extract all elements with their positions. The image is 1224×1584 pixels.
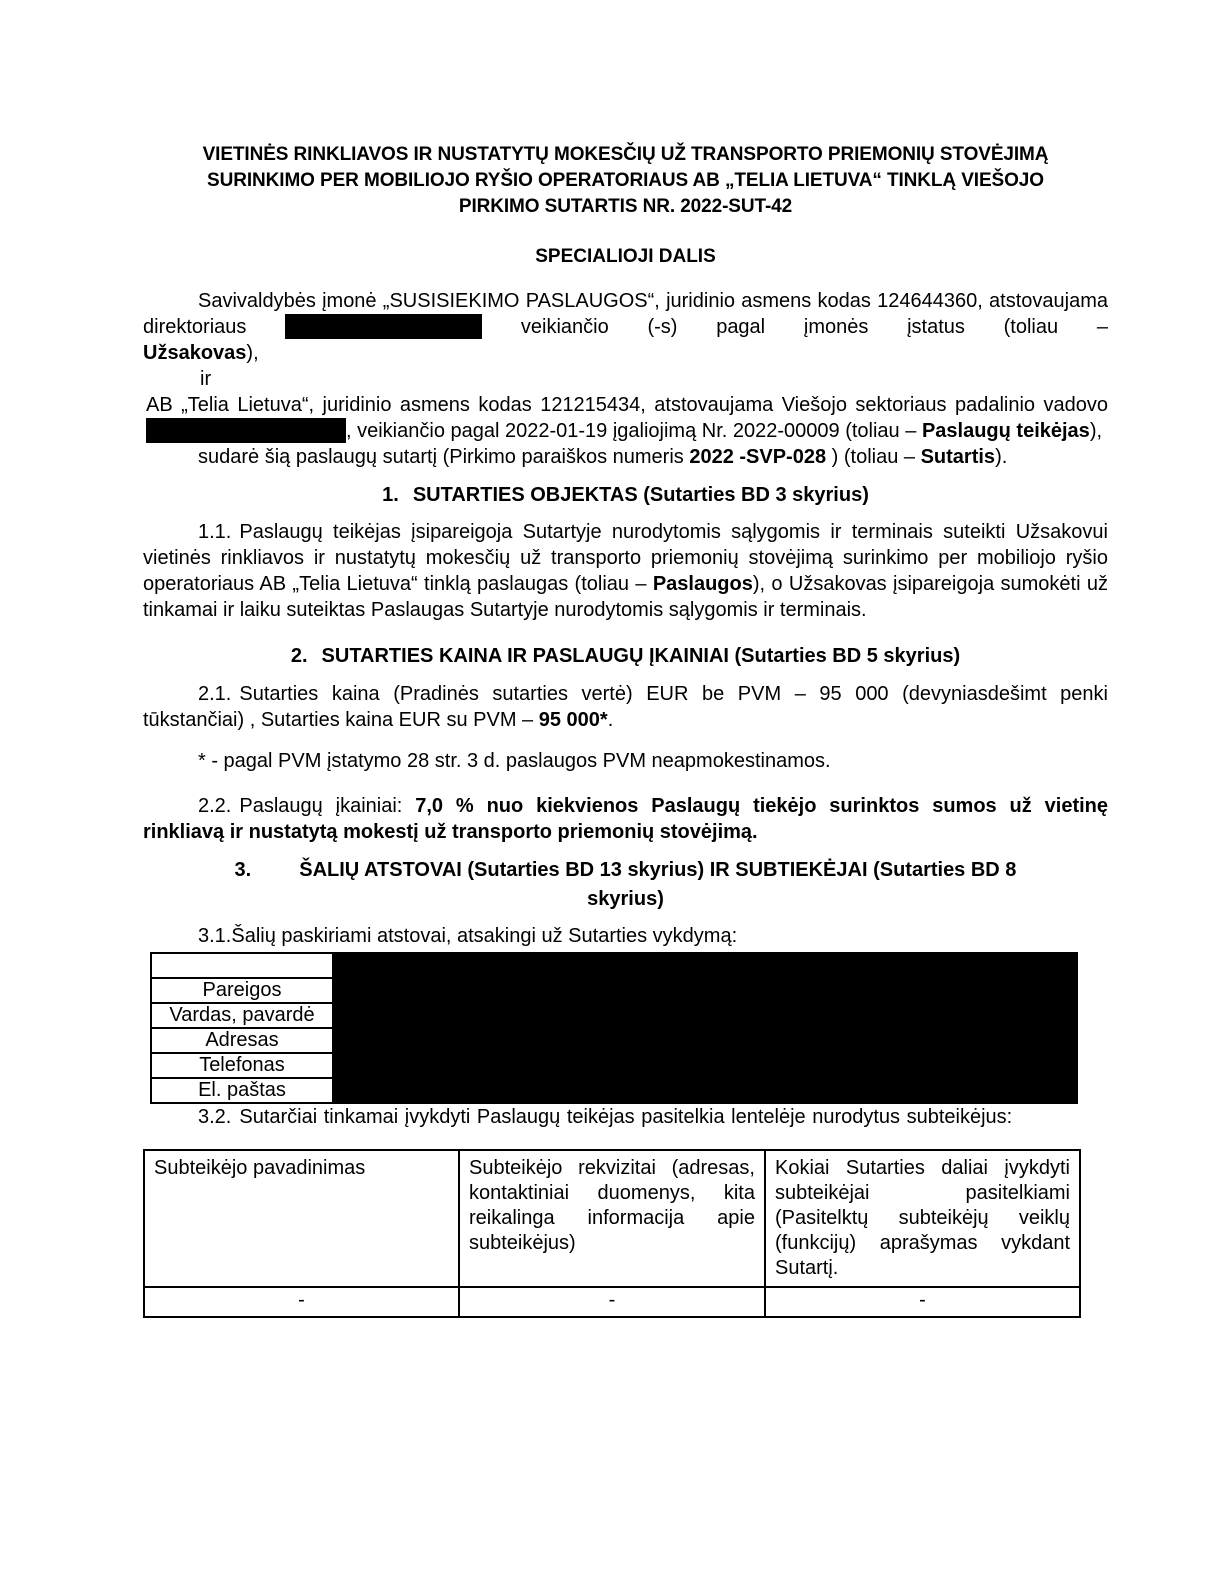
preamble-provider-text-after: , veikiančio pagal 2022-01-19 įgaliojimą… [346,420,916,442]
subcontractors-header-scope: Kokiai Sutarties daliai įvykdyti subteik… [765,1150,1080,1287]
representatives-label-pareigos: Pareigos [151,978,333,1003]
clause-3-1-paragraph: 3.1.Šalių paskiriami atstovai, atsakingi… [143,923,1108,949]
subcontractor-name-cell: - [144,1287,459,1317]
title-line-1: VIETINĖS RINKLIAVOS IR NUSTATYTŲ MOKESČI… [143,142,1108,168]
representatives-label-adresas: Adresas [151,1028,333,1053]
subcontractors-header-name: Subteikėjo pavadinimas [144,1150,459,1287]
redaction-box [285,314,482,339]
preamble-provider-text-before: AB „Telia Lietuva“, juridinio asmens kod… [146,394,1108,416]
title-line-3: PIRKIMO SUTARTIS NR. 2022-SUT-42 [143,194,1108,220]
section-2-number: 2. [291,645,308,667]
preamble-provider-tail: ), [1090,420,1102,442]
contract-defined-term: Sutartis [921,446,995,468]
clause-2-2-paragraph: 2.2.Paslaugų įkainiai: 7,0 % nuo kiekvie… [143,793,1108,845]
conclusion-text-end: ). [995,446,1007,468]
connector-ir: ir [143,366,1108,392]
table-row: - - - [144,1287,1080,1317]
clause-2-1-text-a: Sutarties kaina (Pradinės sutarties vert… [143,683,1108,731]
section-2-heading-text: SUTARTIES KAINA IR PASLAUGŲ ĮKAINIAI (Su… [322,645,961,667]
section-3-heading-line2: skyrius) [587,888,664,910]
contract-price-value: 95 000* [539,709,608,731]
subcontractors-table: Subteikėjo pavadinimas Subteikėjo rekviz… [143,1149,1081,1318]
representatives-label-el-pastas: El. paštas [151,1078,333,1103]
representatives-label-vardas-pavarde: Vardas, pavardė [151,1003,333,1028]
section-3-heading: 3.ŠALIŲ ATSTOVAI (Sutarties BD 13 skyriu… [143,856,1108,914]
clause-2-1-text-b: . [608,709,614,731]
section-2-heading: 2.SUTARTIES KAINA IR PASLAUGŲ ĮKAINIAI (… [143,643,1108,669]
clause-2-2-number: 2.2. [198,795,231,817]
preamble-conclusion-paragraph: sudarė šią paslaugų sutartį (Pirkimo par… [143,444,1108,470]
document-subtitle: SPECIALIOJI DALIS [143,244,1108,270]
representatives-label-telefonas: Telefonas [151,1053,333,1078]
preamble-client-text-after: veikiančio (-s) pagal įmonės įstatus (to… [521,316,1108,338]
section-1-heading: 1.SUTARTIES OBJEKTAS (Sutarties BD 3 sky… [143,482,1108,508]
section-1-number: 1. [382,484,399,506]
redaction-box [333,953,1077,1103]
representatives-table: Pareigos Vardas, pavardė Adresas Telefon… [150,952,1078,1104]
document-content: VIETINĖS RINKLIAVOS IR NUSTATYTŲ MOKESČI… [143,142,1108,1318]
clause-2-2-text-a: Paslaugų įkainiai: [239,795,402,817]
table-row [151,953,1077,978]
section-3-number: 3. [235,859,252,881]
document-page: VIETINĖS RINKLIAVOS IR NUSTATYTŲ MOKESČI… [0,0,1224,1584]
vat-footnote: * - pagal PVM įstatymo 28 str. 3 d. pasl… [143,748,1108,774]
clause-1-1-paragraph: 1.1.Paslaugų teikėjas įsipareigoja Sutar… [143,519,1108,623]
procurement-request-number: 2022 -SVP-028 [689,446,826,468]
table-header-row: Subteikėjo pavadinimas Subteikėjo rekviz… [144,1150,1080,1287]
services-defined-term: Paslaugos [653,573,753,595]
section-3-heading-line1: ŠALIŲ ATSTOVAI (Sutarties BD 13 skyrius)… [299,859,1016,881]
conclusion-text-start: sudarė šią paslaugų sutartį (Pirkimo par… [198,446,684,468]
client-defined-term: Užsakovas [143,342,246,364]
subcontractor-scope-cell: - [765,1287,1080,1317]
title-line-2: SURINKIMO PER MOBILIOJO RYŠIO OPERATORIA… [143,168,1108,194]
redaction-box [146,418,346,443]
subcontractor-details-cell: - [459,1287,765,1317]
clause-3-2-text: Sutarčiai tinkamai įvykdyti Paslaugų tei… [239,1106,1012,1128]
preamble-client-tail: ), [246,342,258,364]
provider-defined-term: Paslaugų teikėjas [922,420,1090,442]
clause-2-1-paragraph: 2.1.Sutarties kaina (Pradinės sutarties … [143,681,1108,733]
preamble-client-paragraph: Savivaldybės įmonė „SUSISIEKIMO PASLAUGO… [143,288,1108,366]
conclusion-text-mid: ) (toliau – [832,446,915,468]
representatives-header-cell [151,953,333,978]
clause-3-2-number: 3.2. [198,1106,231,1128]
clause-3-2-paragraph: 3.2.Sutarčiai tinkamai įvykdyti Paslaugų… [143,1104,1108,1130]
clause-2-1-number: 2.1. [198,683,231,705]
preamble-provider-paragraph: AB „Telia Lietuva“, juridinio asmens kod… [143,392,1108,444]
section-1-heading-text: SUTARTIES OBJEKTAS (Sutarties BD 3 skyri… [413,484,869,506]
document-title: VIETINĖS RINKLIAVOS IR NUSTATYTŲ MOKESČI… [143,142,1108,220]
subcontractors-header-details: Subteikėjo rekvizitai (adresas, kontakti… [459,1150,765,1287]
clause-1-1-number: 1.1. [198,521,231,543]
